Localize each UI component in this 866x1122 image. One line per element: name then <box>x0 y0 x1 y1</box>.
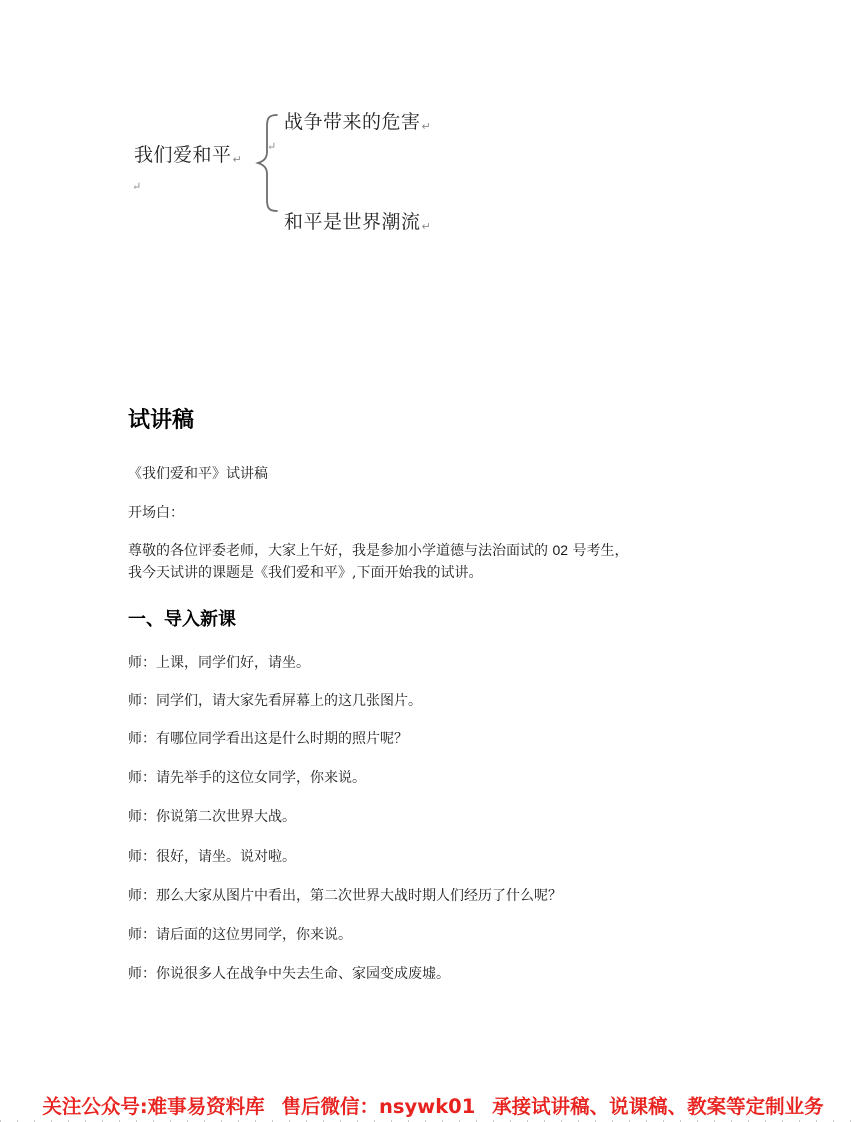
dialogue-line: 师：很好，请坐。说对啦。 <box>128 847 296 868</box>
dialogue-line: 师：你说很多人在战争中失去生命、家园变成废墟。 <box>128 964 450 985</box>
diagram-branch-label: 战争带来的危害 <box>284 111 421 133</box>
paragraph-mark-icon: ↵ <box>422 220 432 233</box>
opening-line-1: 尊敬的各位评委老师，大家上午好，我是参加小学道德与法治面试的 02 号考生， <box>128 540 628 562</box>
paragraph-mark-icon: ↵ <box>267 140 276 153</box>
dialogue-line: 师：请先举手的这位女同学，你来说。 <box>128 768 366 789</box>
diagram-branch-label: 和平是世界潮流 <box>284 211 421 233</box>
paragraph-mark-icon: ↵ <box>132 180 141 193</box>
opening-line-2: 我今天试讲的课题是《我们爱和平》,下面开始我的试讲。 <box>128 563 482 584</box>
mind-map-diagram: 我们爱和平↵ ↵ 战争带来的危害↵ 和平是世界潮流↵ ↵ <box>0 0 866 260</box>
document-page: 我们爱和平↵ ↵ 战争带来的危害↵ 和平是世界潮流↵ ↵ 试讲稿 《我们爱和平》… <box>0 0 866 1122</box>
diagram-root-node: 我们爱和平↵ <box>134 140 242 167</box>
diagram-root-label: 我们爱和平 <box>134 144 232 166</box>
footer-account-text: 关注公众号:难事易资料库 <box>42 1095 264 1118</box>
dialogue-line: 师：同学们，请大家先看屏幕上的这几张图片。 <box>128 691 422 712</box>
dialogue-line: 师：请后面的这位男同学，你来说。 <box>128 925 352 946</box>
diagram-branch-node: 战争带来的危害↵ <box>284 107 431 134</box>
section-heading-intro: 一、导入新课 <box>128 605 236 631</box>
paragraph-mark-icon: ↵ <box>422 120 432 133</box>
curly-brace-icon <box>255 112 279 214</box>
dialogue-line: 师：那么大家从图片中看出，第二次世界大战时期人们经历了什么呢？ <box>128 886 562 907</box>
dialogue-line: 师：有哪位同学看出这是什么时期的照片呢？ <box>128 729 408 750</box>
diagram-branch-node: 和平是世界潮流↵ <box>284 207 431 234</box>
dialogue-line: 师：上课，同学们好，请坐。 <box>128 653 310 674</box>
opening-text-b: 号考生， <box>568 543 628 559</box>
candidate-number: 02 <box>552 542 568 558</box>
opening-label: 开场白： <box>128 503 184 524</box>
footer-service-text: 承接试讲稿、说课稿、教案等定制业务 <box>492 1095 824 1118</box>
footer-watermark-banner: 关注公众号:难事易资料库 售后微信：nsywk01 承接试讲稿、说课稿、教案等定… <box>0 1092 866 1122</box>
dialogue-line: 师：你说第二次世界大战。 <box>128 807 296 828</box>
footer-wechat-text: 售后微信：nsywk01 <box>281 1095 475 1118</box>
document-title: 试讲稿 <box>128 403 194 434</box>
opening-text-a: 尊敬的各位评委老师，大家上午好，我是参加小学道德与法治面试的 <box>128 543 552 559</box>
paragraph-mark-icon: ↵ <box>233 153 243 166</box>
script-subtitle: 《我们爱和平》试讲稿 <box>128 464 268 485</box>
